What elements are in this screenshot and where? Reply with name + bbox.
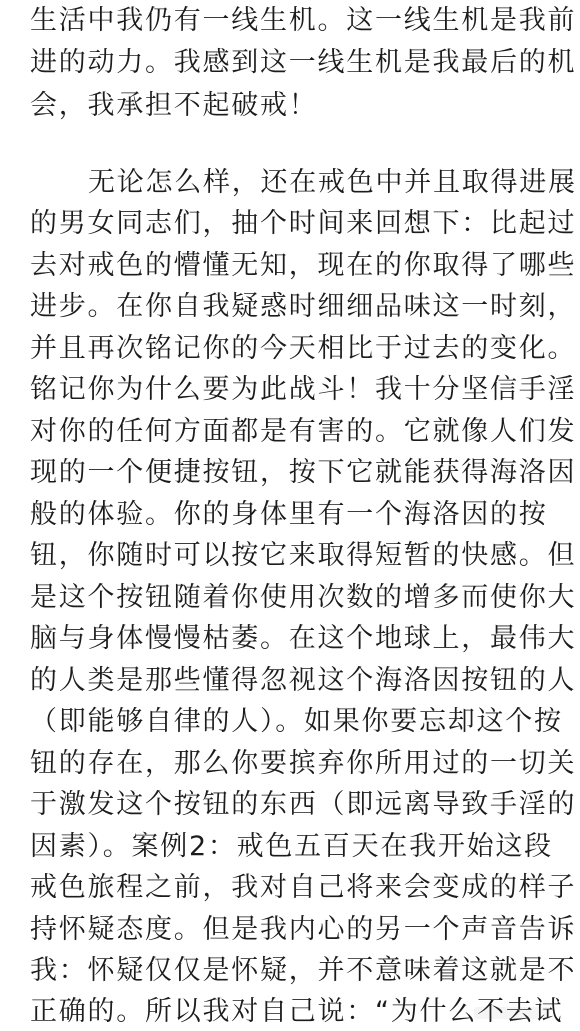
highlighted-text[interactable]: 现的一个便捷按钮，按下它就能获得海洛因	[30, 457, 576, 488]
text-line: 持怀疑态度。但是我内心的另一个声音告诉	[30, 909, 576, 950]
highlighted-text[interactable]: 是这个按钮随着你使用次数的增多而使你大	[30, 582, 576, 613]
line-text: 去对戒色的懵懂无知，现在的你取得了哪些	[30, 250, 576, 281]
text-line: 般的体验。你的身体里有一个海洛因的按	[30, 494, 548, 535]
line-text: 持怀疑态度。但是我内心的另一个声音告诉	[30, 914, 576, 945]
line-text: 钮的存在，那么你要摈弃你所用过的一切关	[30, 748, 576, 779]
text-line-indented: 无论怎么样，还在戒色中并且取得进展	[88, 162, 577, 203]
watermark-icon	[472, 1003, 552, 1023]
line-text: 生活中我仍有一线生机。这一线生机是我前	[30, 5, 576, 36]
text-line: 进步。在你自我疑惑时细细品味这一时刻，	[30, 286, 576, 327]
text-line: 我：怀疑仅仅是怀疑，并不意味着这就是不	[30, 950, 576, 991]
line-text: 铭记你为什么要为此战斗！我十分坚信手淫	[30, 374, 576, 405]
line-text: 进的动力。我感到这一线生机是我最后的机	[30, 47, 576, 78]
text-line: 是这个按钮随着你使用次数的增多而使你大	[30, 577, 576, 618]
line-text: 的人类是那些懂得忽视这个海洛因按钮的人	[30, 665, 576, 696]
text-line: 的男女同志们，抽个时间来回想下：比起过	[30, 203, 576, 244]
text-line: 因素）。案例2：戒色五百天在我开始这段	[30, 826, 553, 867]
highlighted-text[interactable]: 它就像人们发	[404, 416, 577, 447]
line-text: （即能够自律的人）。如果你要忘却这个按	[30, 706, 563, 737]
highlighted-text[interactable]: 般的体验。你的身体里有一个海洛因的按	[30, 499, 548, 530]
text-line: 钮，你随时可以按它来取得短暂的快感。但	[30, 535, 576, 576]
line-text: 戒色旅程之前，我对自己将来会变成的样子	[30, 872, 576, 903]
line-text: 的男女同志们，抽个时间来回想下：比起过	[30, 208, 576, 239]
line-text: 在这个地球上，最伟大	[289, 623, 577, 654]
line-text: 因素）。案例2：戒色五百天在我开始这段	[30, 831, 553, 862]
text-line: 会，我承担不起破戒！	[30, 85, 318, 126]
line-text: 我：怀疑仅仅是怀疑，并不意味着这就是不	[30, 955, 576, 986]
text-line: 戒色旅程之前，我对自己将来会变成的样子	[30, 867, 576, 908]
line-text: 并且再次铭记你的今天相比于过去的变化。	[30, 333, 576, 364]
text-line: 于激发这个按钮的东西（即远离导致手淫的	[30, 784, 576, 825]
highlighted-text[interactable]: 脑与身体慢慢枯萎。	[30, 623, 289, 654]
line-text: 对你的任何方面都是有害的。	[30, 416, 404, 447]
text-line: 钮的存在，那么你要摈弃你所用过的一切关	[30, 743, 576, 784]
text-line: 进的动力。我感到这一线生机是我最后的机	[30, 42, 576, 83]
text-line: 现的一个便捷按钮，按下它就能获得海洛因	[30, 452, 576, 493]
highlighted-text[interactable]: 钮，你随时可以按它来取得短暂的快感。但	[30, 540, 576, 571]
text-line: 生活中我仍有一线生机。这一线生机是我前	[30, 0, 576, 41]
text-line: 去对戒色的懵懂无知，现在的你取得了哪些	[30, 245, 576, 286]
text-line: （即能够自律的人）。如果你要忘却这个按	[30, 701, 563, 742]
text-line: 脑与身体慢慢枯萎。在这个地球上，最伟大	[30, 618, 576, 659]
line-text: 于激发这个按钮的东西（即远离导致手淫的	[30, 789, 576, 820]
line-text: 进步。在你自我疑惑时细细品味这一时刻，	[30, 291, 576, 322]
text-line: 铭记你为什么要为此战斗！我十分坚信手淫	[30, 369, 576, 410]
text-line: 对你的任何方面都是有害的。它就像人们发	[30, 411, 576, 452]
line-text: 会，我承担不起破戒！	[30, 90, 318, 121]
line-text: 无论怎么样，还在戒色中并且取得进展	[88, 167, 577, 198]
text-line: 的人类是那些懂得忽视这个海洛因按钮的人	[30, 660, 576, 701]
text-line: 并且再次铭记你的今天相比于过去的变化。	[30, 328, 576, 369]
